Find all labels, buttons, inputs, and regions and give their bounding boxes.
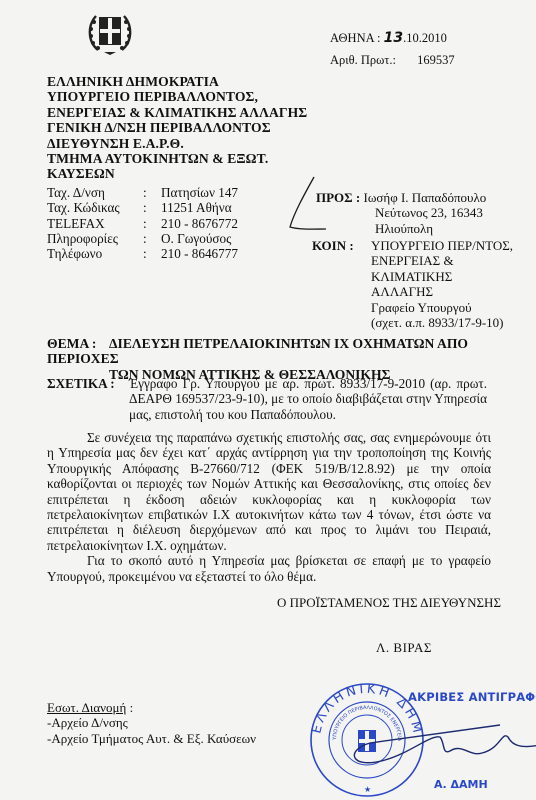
cc-line: (σχετ. α.π. 8933/17-9-10) <box>312 315 536 330</box>
authority-line: ΕΛΛΗΝΙΚΗ ΔΗΜΟΚΡΑΤΙΑ <box>47 74 307 89</box>
signatory-title: Ο ΠΡΟΪΣΤΑΜΕΝΟΣ ΤΗΣ ΔΙΕΥΘΥΝΣΗΣ <box>277 595 501 611</box>
cc-line: ΕΝΕΡΓΕΙΑΣ & ΚΛΙΜΑΤΙΚΗΣ <box>312 253 536 284</box>
contact-label: Ταχ. Δ/νση <box>47 185 143 200</box>
reference-label: ΣΧΕΤΙΚΑ : <box>47 376 115 391</box>
contact-sep: : <box>143 246 161 261</box>
svg-text:★: ★ <box>364 785 371 794</box>
distribution-label: Εσωτ. Διανομή <box>47 700 126 715</box>
contact-sep: : <box>143 231 161 246</box>
certified-copy-label: ΑΚΡΙΒΕΣ ΑΝΤΙΓΡΑΦΟ <box>408 690 536 704</box>
contact-value: Πατησίων 147 <box>161 185 238 200</box>
issuing-authority: ΕΛΛΗΝΙΚΗ ΔΗΜΟΚΡΑΤΙΑ ΥΠΟΥΡΓΕΙΟ ΠΕΡΙΒΑΛΛΟΝ… <box>47 74 307 182</box>
authority-line: ΥΠΟΥΡΓΕΙΟ ΠΕΡΙΒΑΛΛΟΝΤΟΣ, <box>47 89 307 104</box>
distribution-item: -Αρχείο Δ/νσης <box>47 715 256 730</box>
recipient-name: Ιωσήφ Ι. Παπαδόπουλο <box>364 190 487 205</box>
contact-sep: : <box>143 200 161 215</box>
contact-info: Ταχ. Δ/νση:Πατησίων 147 Ταχ. Κώδικας:112… <box>47 185 238 261</box>
reference-block: ΣΧΕΤΙΚΑ : Έγγραφο Γρ. Υπουργού με αρ. πρ… <box>47 376 487 422</box>
cc-block: ΚΟΙΝ :ΥΠΟΥΡΓΕΙΟ ΠΕΡ/ΝΤΟΣ, ΕΝΕΡΓΕΙΑΣ & ΚΛ… <box>312 238 536 330</box>
contact-label: Πληροφορίες <box>47 231 143 246</box>
subject-label: ΘΕΜΑ : <box>47 336 109 351</box>
contact-row: Πληροφορίες:Ο. Γωγούσος <box>47 231 238 246</box>
contact-value: Ο. Γωγούσος <box>161 231 238 246</box>
body-paragraph: Για το σκοπό αυτό η Υπηρεσία μας βρίσκετ… <box>47 553 491 584</box>
signatory-name: Λ. ΒΙΡΑΣ <box>376 640 432 656</box>
distribution-label-suffix: : <box>126 700 133 715</box>
recipient-address: Νεύτωνος 23, 16343 Ηλιούπολη <box>316 205 536 236</box>
recipient-block: ΠΡΟΣ : Ιωσήφ Ι. Παπαδόπουλο Νεύτωνος 23,… <box>316 190 536 236</box>
protocol-number-line: Αριθ. Πρωτ.: 169537 <box>330 53 455 68</box>
contact-label: Ταχ. Κώδικας <box>47 200 143 215</box>
authority-line: ΔΙΕΥΘΥΝΣΗ Ε.Α.Ρ.Θ. <box>47 136 307 151</box>
protocol-label: Αριθ. Πρωτ.: <box>330 53 396 67</box>
contact-sep: : <box>143 216 161 231</box>
contact-value: 210 - 8646777 <box>161 246 238 261</box>
contact-value: 11251 Αθήνα <box>161 200 238 215</box>
handwritten-signature <box>350 715 536 775</box>
greek-coat-of-arms-icon <box>84 6 136 58</box>
authority-line: ΚΑΥΣΕΩΝ <box>47 166 307 181</box>
contact-row: TELEFAX:210 - 8676772 <box>47 216 238 231</box>
body-paragraph: Σε συνέχεια της παραπάνω σχετικής επιστο… <box>47 430 491 553</box>
cc-line: ΑΛΛΑΓΗΣ <box>312 284 536 299</box>
handwritten-day: 13 <box>384 30 403 46</box>
authority-line: ΓΕΝΙΚΗ Δ/ΝΣΗ ΠΕΡΙΒΑΛΛΟΝΤΟΣ <box>47 120 307 135</box>
letter-body: Σε συνέχεια της παραπάνω σχετικής επιστο… <box>47 430 491 584</box>
cc-label: ΚΟΙΝ : <box>312 238 371 253</box>
authority-line: ΤΜΗΜΑ ΑΥΤΟΚΙΝΗΤΩΝ & ΕΞΩΤ. <box>47 151 307 166</box>
contact-label: TELEFAX <box>47 216 143 231</box>
contact-row: Ταχ. Κώδικας:11251 Αθήνα <box>47 200 238 215</box>
document-date: ΑΘΗΝΑ : 13.10.2010 <box>330 30 447 46</box>
certified-by-name: Α. ΔΑΜΗ <box>434 778 488 791</box>
recipient-label: ΠΡΟΣ : <box>316 190 360 205</box>
contact-label: Τηλέφωνο <box>47 246 143 261</box>
protocol-number: 169537 <box>417 53 455 67</box>
subject-line: ΔΙΕΛΕΥΣΗ ΠΕΤΡΕΛΑΙΟΚΙΝΗΤΩΝ ΙΧ ΟΧΗΜΑΤΩΝ ΑΠ… <box>47 336 468 366</box>
date-rest: .10.2010 <box>403 31 447 45</box>
city-label: ΑΘΗΝΑ : <box>330 31 381 45</box>
cc-line: Γραφείο Υπουργού <box>312 300 536 315</box>
contact-row: Ταχ. Δ/νση:Πατησίων 147 <box>47 185 238 200</box>
contact-sep: : <box>143 185 161 200</box>
contact-value: 210 - 8676772 <box>161 216 238 231</box>
contact-row: Τηλέφωνο:210 - 8646777 <box>47 246 238 261</box>
internal-distribution: Εσωτ. Διανομή : -Αρχείο Δ/νσης -Αρχείο Τ… <box>47 700 256 746</box>
distribution-item: -Αρχείο Τμήματος Αυτ. & Εξ. Καύσεων <box>47 731 256 746</box>
cc-line: ΥΠΟΥΡΓΕΙΟ ΠΕΡ/ΝΤΟΣ, <box>371 238 513 253</box>
authority-line: ΕΝΕΡΓΕΙΑΣ & ΚΛΙΜΑΤΙΚΗΣ ΑΛΛΑΓΗΣ <box>47 105 307 120</box>
